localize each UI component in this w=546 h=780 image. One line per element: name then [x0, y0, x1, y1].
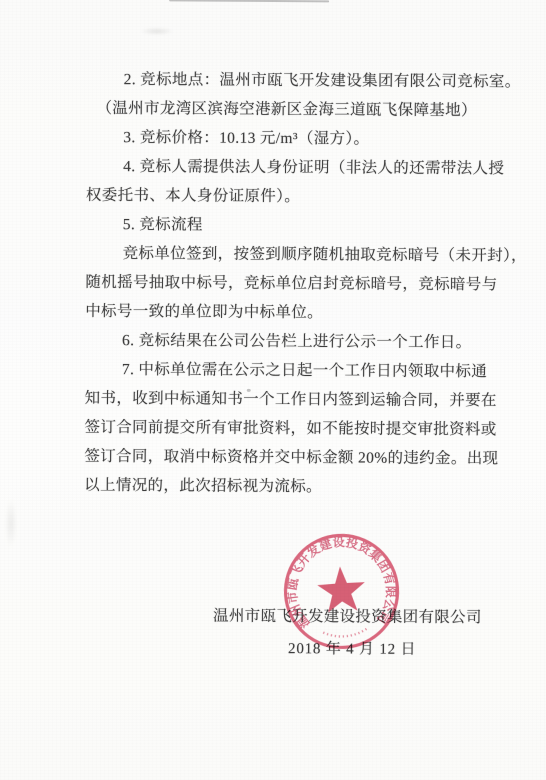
- text-line-bid-process-heading: 5. 竞标流程: [86, 210, 521, 242]
- text-line-bid-location: 2. 竞标地点：温州市瓯飞开发建设集团有限公司竞标室。: [87, 65, 522, 97]
- scan-artifact-smudge: [5, 498, 17, 548]
- seal-serial-marks: [322, 629, 367, 638]
- text-line-winner-terms-5: 以上情况的，此次招标视为流标。: [84, 471, 519, 503]
- text-line-process-1: 竞标单位签到，按签到顺序随机抽取竞标暗号（未开封），: [86, 239, 521, 271]
- text-line-result-publicity: 6. 竞标结果在公司公告栏上进行公示一个工作日。: [85, 326, 520, 358]
- document-content: 2. 竞标地点：温州市瓯飞开发建设集团有限公司竞标室。 （温州市龙湾区滨海空港新…: [0, 0, 546, 780]
- official-red-seal: 温州市瓯飞开发建设投资集团有限公司: [273, 522, 411, 660]
- text-line-location-note: （温州市龙湾区滨海空港新区金海三道瓯飞保障基地）: [86, 94, 521, 126]
- scan-artifact-top-edge: [169, 0, 329, 2]
- text-line-winner-terms-4: 签订合同，取消中标资格并交中标金额 20%的违约金。出现: [84, 442, 519, 474]
- text-line-winner-terms-3: 签订合同前提交所有审批资料，如不能按时提交审批资料或: [84, 413, 519, 445]
- text-line-id-requirement-cont: 权委托书、本人身份证原件）。: [86, 181, 521, 213]
- text-line-bid-price: 3. 竞标价格：10.13 元/m³（湿方）。: [86, 123, 521, 155]
- text-line-process-3: 中标号一致的单位即为中标单位。: [85, 297, 520, 329]
- star-icon: [316, 565, 366, 613]
- scanned-document-page: 2. 竞标地点：温州市瓯飞开发建设集团有限公司竞标室。 （温州市龙湾区滨海空港新…: [0, 0, 546, 780]
- scan-artifact-smudge: [140, 27, 174, 35]
- text-line-id-requirement: 4. 竞标人需提供法人身份证明（非法人的还需带法人授: [86, 152, 521, 184]
- text-line-winner-terms-1: 7. 中标单位需在公示之日起一个工作日内领取中标通: [85, 355, 520, 387]
- text-line-winner-terms-2: 知书，收到中标通知书一个工作日内签到运输合同，并要在: [85, 384, 520, 416]
- text-line-process-2: 随机摇号抽取中标号，竞标单位启封竞标暗号，竞标暗号与: [85, 268, 520, 300]
- document-body: 2. 竞标地点：温州市瓯飞开发建设集团有限公司竞标室。 （温州市龙湾区滨海空港新…: [84, 65, 522, 503]
